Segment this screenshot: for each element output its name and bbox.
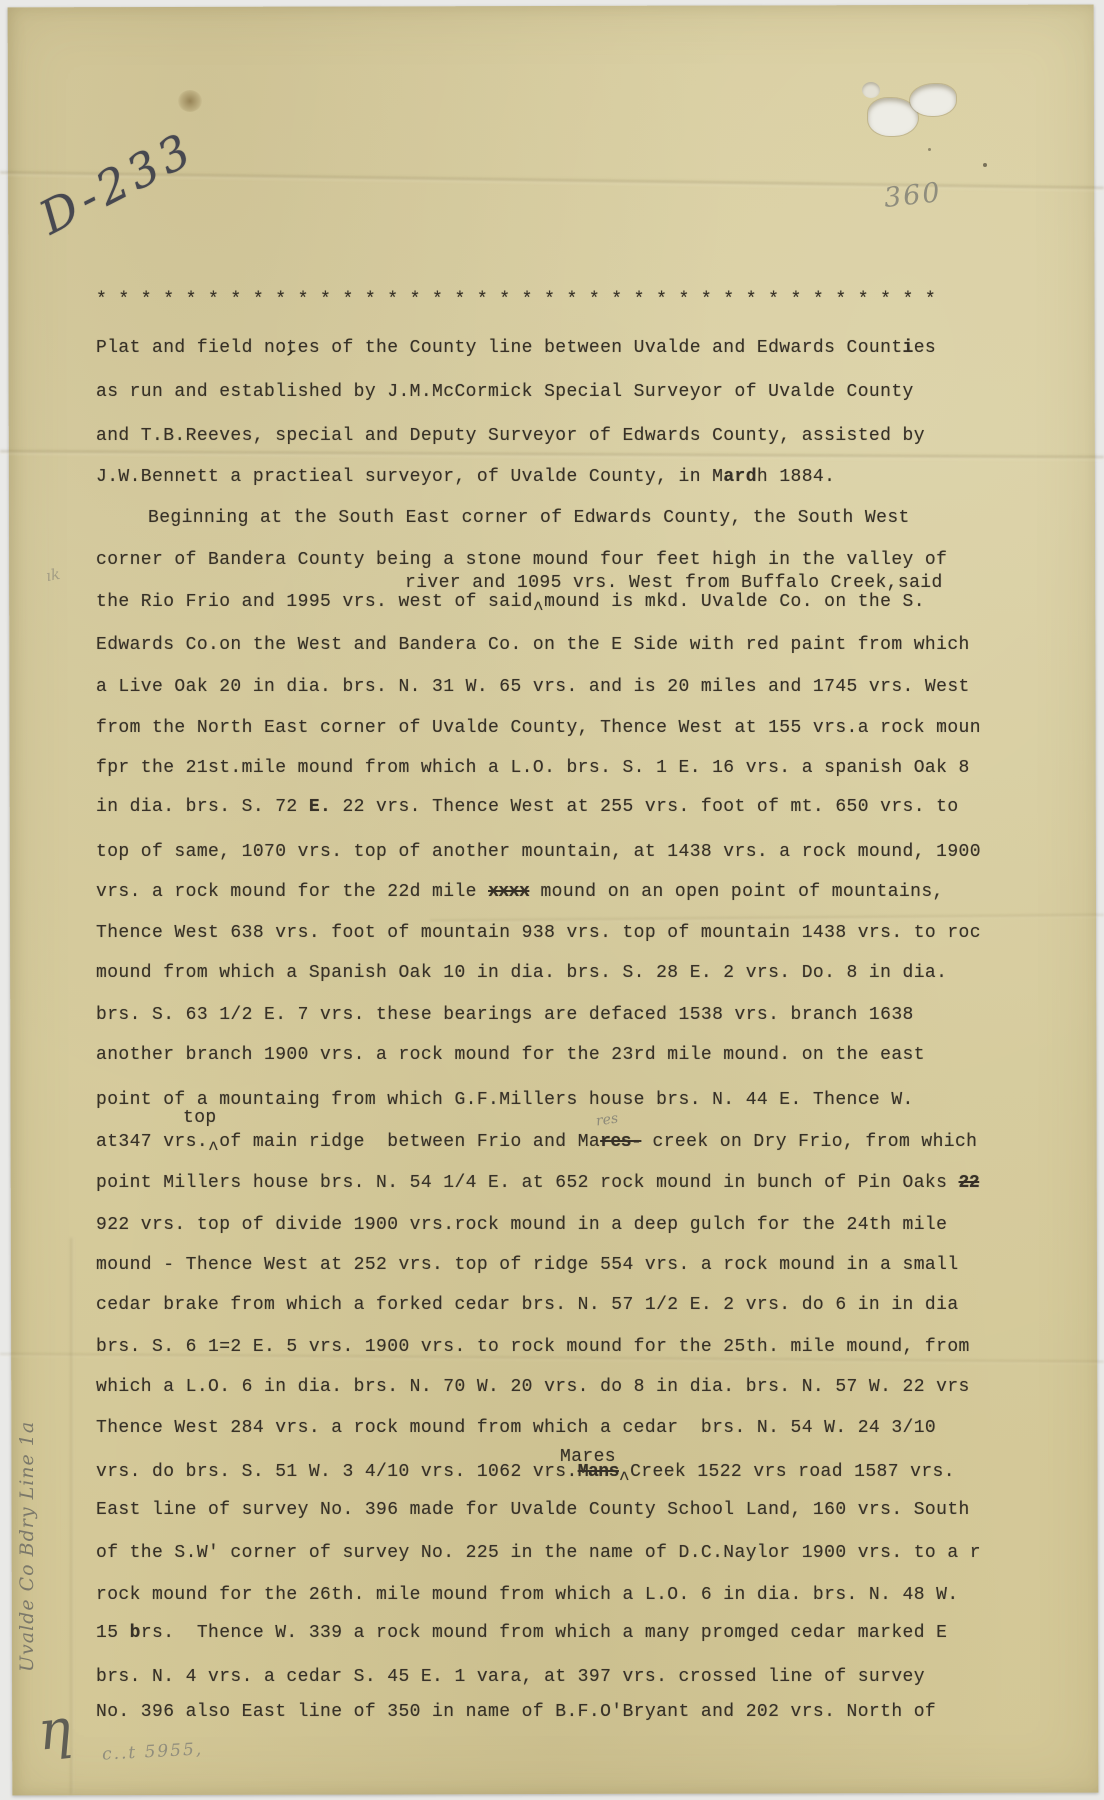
typed-segment: creek on Dry Frio, from which [641,1132,977,1152]
typed-line: rock mound for the 26th. mile mound from… [96,1584,959,1606]
typed-line: as run and established by J.M.McCormick … [96,381,914,403]
asterisk-row: * * * * * * * * * * * * * * * * * * * * … [96,289,936,311]
typed-segment-caret: ^ [208,1139,219,1161]
scan-background: D-233 360 Uvalde Co Bdry Line 1a ƞ c..t … [0,0,1104,1800]
ink-stain [178,90,202,112]
typed-segment-struck: Mans [578,1462,619,1482]
typed-segment: mound is mkd. Uvalde Co. on the S. [544,592,925,612]
typed-segment: vrs. a rock mound for the 22d mile [96,882,488,902]
typed-line: East line of survey No. 396 made for Uva… [96,1499,970,1521]
typed-segment-struck: 22 [959,1173,980,1193]
page-number-annotation: 360 [883,177,943,214]
typed-segment-caret: ^ [619,1469,630,1491]
typed-segment: cedar brake from which a forked cedar br… [96,1295,959,1315]
typed-segment: Creek 1522 vrs road 1587 vrs. [630,1462,955,1482]
typed-line: J.W.Bennett a practieal surveyor, of Uva… [96,466,835,488]
typed-segment: 15 [96,1623,130,1643]
typed-segment: in dia. brs. S. 72 [96,797,309,817]
typed-line: No. 396 also East line of 350 in name of… [96,1701,936,1723]
typed-segment: Thence West 284 vrs. a rock mound from w… [96,1418,936,1438]
paper-speck [928,148,931,151]
typed-segment-struck: res- [600,1132,641,1152]
paper-hole [862,82,962,138]
typed-line: Thence West 284 vrs. a rock mound from w… [96,1417,936,1439]
typed-segment: J.W.Bennett a practieal surveyor, of Uva… [96,467,723,487]
interline-insertion: top [183,1107,217,1129]
paper-hole-blob [910,84,956,116]
typed-segment: Beginning at the South East corner of Ed… [148,508,910,528]
title-line: Plat and field notes of the County line … [96,337,936,359]
typed-segment: corner of Bandera County being a stone m… [96,550,947,570]
typed-segment: mound on an open point of mountains, [529,882,943,902]
typed-segment: top [183,1108,217,1128]
typed-line: brs. N. 4 vrs. a cedar S. 45 E. 1 vara, … [96,1666,925,1688]
typed-segment: brs. S. 63 1/2 E. 7 vrs. these bearings … [96,1005,914,1025]
typed-segment: as run and established by J.M.McCormick … [96,382,914,402]
typed-segment: es [914,338,936,358]
typed-segment: point of a mountaing from which G.F.Mill… [96,1090,914,1110]
typed-line: point Millers house brs. N. 54 1/4 E. at… [96,1172,979,1194]
typed-segment: another branch 1900 vrs. a rock mound fo… [96,1045,925,1065]
typed-line: top of same, 1070 vrs. top of another mo… [96,841,981,863]
typed-segment: rock mound for the 26th. mile mound from… [96,1585,959,1605]
typed-line: in dia. brs. S. 72 E. 22 vrs. Thence Wes… [96,796,959,818]
typed-segment: brs. S. 6 1=2 E. 5 vrs. 1900 vrs. to roc… [96,1337,970,1357]
typed-line: a Live Oak 20 in dia. brs. N. 31 W. 65 v… [96,676,970,698]
typed-segment: point Millers house brs. N. 54 1/4 E. at… [96,1173,959,1193]
typed-line: Edwards Co.on the West and Bandera Co. o… [96,634,970,656]
typed-line: vrs. a rock mound for the 22d mile xxxx … [96,881,944,903]
typed-line: cedar brake from which a forked cedar br… [96,1294,959,1316]
typed-line: mound - Thence West at 252 vrs. top of r… [96,1254,959,1276]
typed-segment-over: ard [723,467,757,487]
typed-segment: and T.B.Reeves, special and Deputy Surve… [96,426,925,446]
typed-line: 15 brs. Thence W. 339 a rock mound from … [96,1622,947,1644]
typed-segment: from the North East corner of Uvalde Cou… [96,718,981,738]
typed-segment: fpr the 21st.mile mound from which a L.O… [96,758,970,778]
typed-segment: of main ridge between Frio and Ma [219,1132,600,1152]
typed-segment: Thence West 638 vrs. foot of mountain 93… [96,923,981,943]
paper-hole-blob [862,82,880,98]
typed-segment: 22 vrs. Thence West at 255 vrs. foot of … [331,797,958,817]
typed-segment: the Rio Frio and 1995 vrs. west of said [96,592,533,612]
typed-segment: brs. N. 4 vrs. a cedar S. 45 E. 1 vara, … [96,1667,925,1687]
typed-segment: Plat and field notes of the County line … [96,338,903,358]
typed-segment: which a L.O. 6 in dia. brs. N. 70 W. 20 … [96,1377,970,1397]
typed-segment: No. 396 also East line of 350 in name of… [96,1702,936,1722]
typed-segment: a Live Oak 20 in dia. brs. N. 31 W. 65 v… [96,677,970,697]
typed-segment: East line of survey No. 396 made for Uva… [96,1500,970,1520]
typed-line: point of a mountaing from which G.F.Mill… [96,1089,914,1111]
typed-line: vrs. do brs. S. 51 W. 3 4/10 vrs. 1062 v… [96,1461,955,1483]
typed-segment: mound from which a Spanish Oak 10 in dia… [96,963,947,983]
typed-line: brs. S. 63 1/2 E. 7 vrs. these bearings … [96,1004,914,1026]
typed-line: another branch 1900 vrs. a rock mound fo… [96,1044,925,1066]
typed-segment: Edwards Co.on the West and Bandera Co. o… [96,635,970,655]
typed-segment: top of same, 1070 vrs. top of another mo… [96,842,981,862]
typed-segment: rs. Thence W. 339 a rock mound from whic… [141,1623,948,1643]
typed-segment: river and 1095 vrs. West from Buffalo Cr… [405,573,943,593]
margin-tick-mark: ık [45,565,62,585]
typed-segment: * * * * * * * * * * * * * * * * * * * * … [96,290,936,310]
typed-line: 922 vrs. top of divide 1900 vrs.rock mou… [96,1214,947,1236]
typed-segment-over: b [130,1623,141,1643]
typed-segment: vrs. do brs. S. 51 W. 3 4/10 vrs. 1062 v… [96,1462,578,1482]
bottom-squiggle-mark: ƞ [35,1696,76,1762]
typed-line: which a L.O. 6 in dia. brs. N. 70 W. 20 … [96,1376,970,1398]
typed-segment-over: E. [309,797,331,817]
typed-line: brs. S. 6 1=2 E. 5 vrs. 1900 vrs. to roc… [96,1336,970,1358]
typed-line: Thence West 638 vrs. foot of mountain 93… [96,922,981,944]
typed-segment: h 1884. [757,467,835,487]
typed-line: the Rio Frio and 1995 vrs. west of said^… [96,591,925,613]
typed-segment: of the S.W' corner of survey No. 225 in … [96,1543,981,1563]
typed-segment-caret: ^ [533,599,544,621]
typed-line: fpr the 21st.mile mound from which a L.O… [96,757,970,779]
typed-segment-struck: xxxx [488,882,529,902]
typed-line: corner of Bandera County being a stone m… [96,549,947,571]
typed-line: and T.B.Reeves, special and Deputy Surve… [96,425,925,447]
typed-segment: mound - Thence West at 252 vrs. top of r… [96,1255,959,1275]
typed-segment: at347 vrs. [96,1132,208,1152]
typed-segment-over: i [903,338,914,358]
typed-segment: 922 vrs. top of divide 1900 vrs.rock mou… [96,1215,947,1235]
pencil-res-note: res [595,1111,619,1130]
margin-vertical-note: Uvalde Co Bdry Line 1a [16,1420,38,1672]
typed-line: mound from which a Spanish Oak 10 in dia… [96,962,947,984]
paper-speck [983,163,987,167]
typed-line: at347 vrs.^of main ridge between Frio an… [96,1131,977,1153]
typed-line: Beginning at the South East corner of Ed… [148,507,910,529]
typed-line: of the S.W' corner of survey No. 225 in … [96,1542,981,1564]
typed-line: from the North East corner of Uvalde Cou… [96,717,981,739]
